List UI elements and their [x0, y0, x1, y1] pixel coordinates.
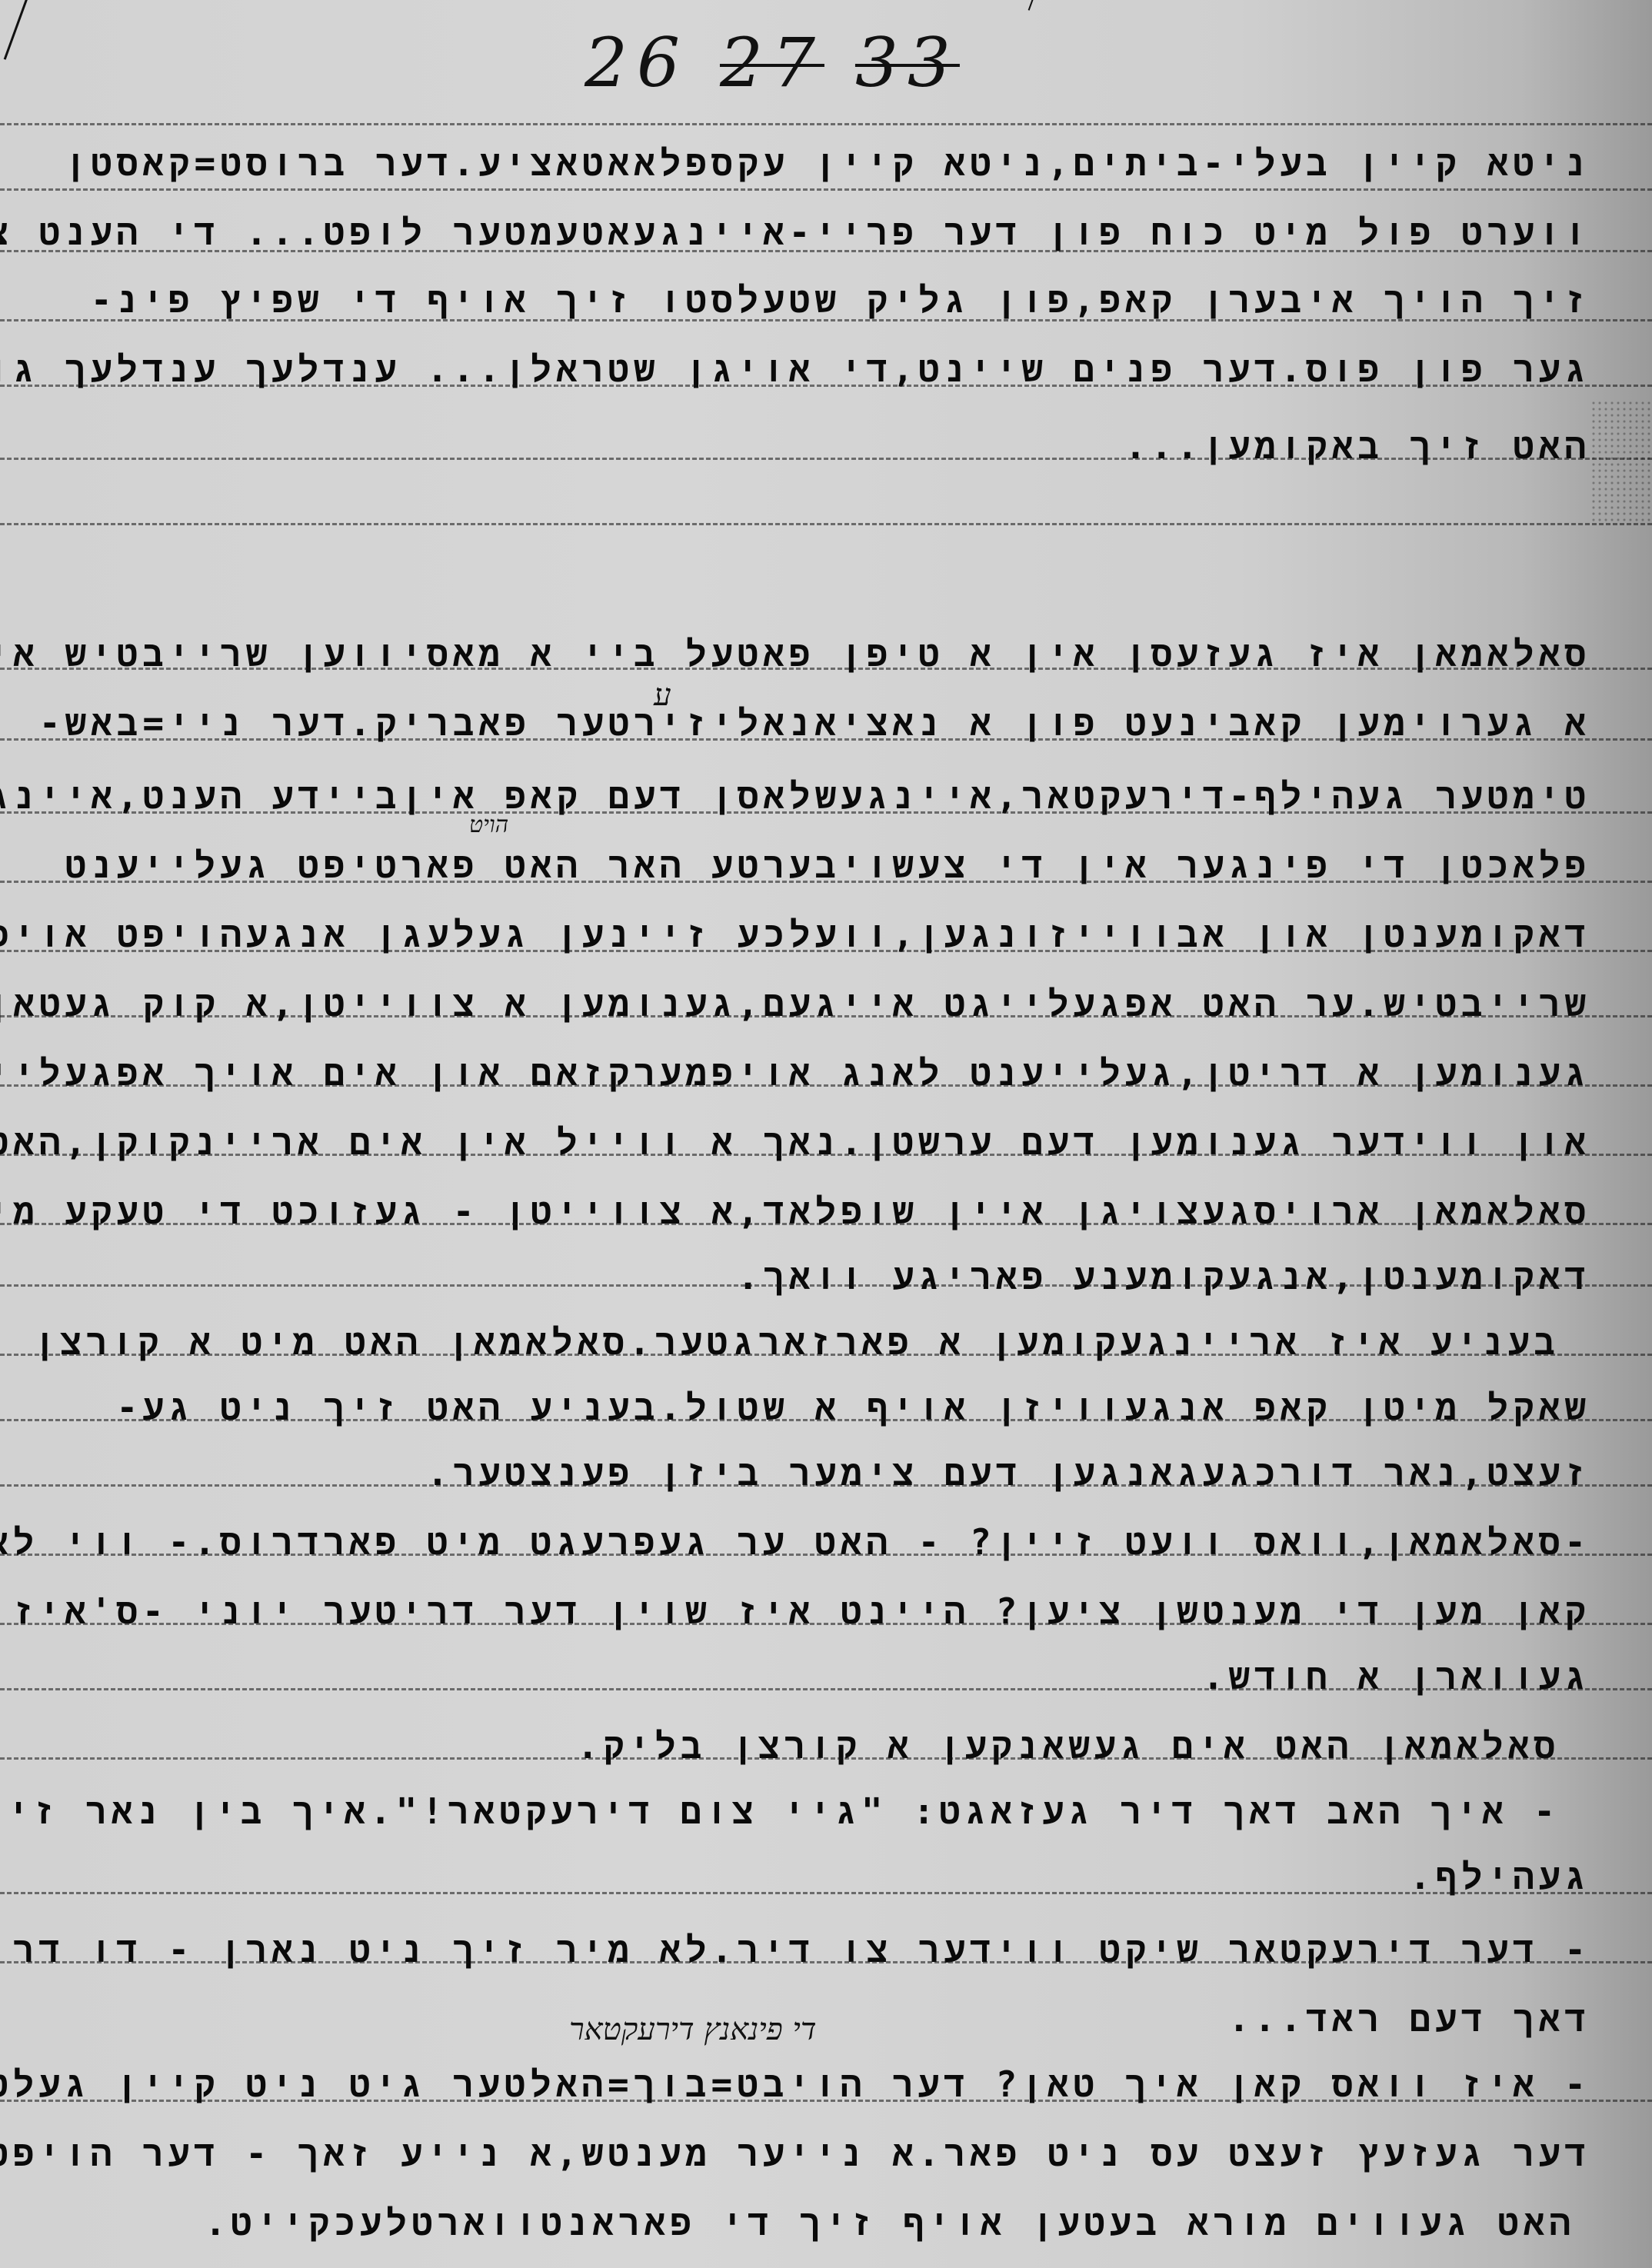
- text-line: זעצט,נאר דורכגעגאנגען דעם צימער ביזן פענ…: [427, 1450, 1590, 1496]
- text-line: סאלאמאן איז געזעסן אין א טיפן פאטעל ביי …: [0, 631, 1590, 677]
- ruled-line: [0, 738, 1652, 741]
- text-line: - דער דירעקטאר שיקט ווידער צו דיר.לא מיר…: [0, 1927, 1590, 1973]
- ruled-line: [0, 1284, 1652, 1287]
- pen-scribble: [1590, 400, 1652, 523]
- ruled-line: [0, 1623, 1652, 1625]
- text-line: זיך הויך איבערן קאפ,פון גליק שטעלסטו זיך…: [91, 277, 1590, 323]
- text-line: ניטא קיין בעלי-ביתים,ניטא קיין עקספלאאטא…: [65, 140, 1590, 186]
- ruled-line: [0, 668, 1652, 670]
- ruled-line: [0, 1757, 1652, 1760]
- ruled-line: [0, 523, 1652, 525]
- page-number-struck: 33: [855, 23, 960, 102]
- text-line: סאלאמאן ארויסגעצויגן איין שופלאד,א צוויי…: [0, 1188, 1590, 1234]
- ruled-line: [0, 1419, 1652, 1421]
- page-number: 26 27 33: [585, 23, 960, 102]
- text-line: געווארן א חודש.: [1203, 1654, 1590, 1700]
- ruled-line: [0, 950, 1652, 952]
- ruled-line: [0, 1688, 1652, 1690]
- ruled-line: [0, 188, 1652, 191]
- ruled-line: [0, 1223, 1652, 1225]
- ruled-line: [0, 1961, 1652, 1963]
- text-line: און ווידער גענומען דעם ערשטן.נאך א ווייל…: [0, 1119, 1590, 1165]
- text-line: האט געווים מורא בעטען אויף זיך די פאראנט…: [205, 2200, 1575, 2246]
- ruled-line: [0, 319, 1652, 321]
- ruled-line: [0, 458, 1652, 460]
- ruled-line: [0, 385, 1652, 387]
- page-number-current: 26: [585, 23, 689, 102]
- ruled-line: [0, 811, 1652, 814]
- margin-pen-stroke: [4, 0, 30, 60]
- ruled-line: [0, 1015, 1652, 1017]
- ruled-line: [0, 123, 1652, 125]
- text-line: דאקומענטן,אנגעקומענע פאריגע וואך.: [738, 1254, 1590, 1300]
- typewritten-page: 26 27 33 ניטא קיין בעלי-ביתים,ניטא קיין …: [0, 0, 1652, 2268]
- text-line: האט זיך באקומען...: [1125, 423, 1590, 469]
- text-line: -סאלאמאן,וואס וועט זיין? - האט ער געפרעג…: [0, 1519, 1590, 1565]
- ruled-line: [0, 1484, 1652, 1487]
- ruled-line: [0, 1554, 1652, 1556]
- ruled-line: [0, 1084, 1652, 1087]
- ruled-line: [0, 881, 1652, 883]
- text-line: סאלאמאן האט אים געשאנקען א קורצן בליק.: [577, 1723, 1560, 1769]
- ruled-line: [0, 250, 1652, 252]
- ruled-line: [0, 2100, 1652, 2102]
- margin-pen-stroke: [1028, 0, 1035, 11]
- text-line: שרייבטיש.ער האט אפגעלייגט אייגעם,גענומען…: [0, 981, 1590, 1027]
- text-line: דאך דעם ראד...: [1228, 1996, 1590, 2042]
- handwritten-annotation: הויט: [469, 811, 508, 838]
- text-line: בעניע איז אריינגעקומען א פארזארגטער.סאלא…: [35, 1319, 1560, 1365]
- text-line: - איך האב דאך דיר געזאגט: "גיי צום דירעק…: [0, 1788, 1560, 1834]
- text-line: שאקל מיטן קאפ אנגעוויזן אויף א שטול.בעני…: [116, 1384, 1590, 1430]
- text-line: דער געזעץ זעצט עס ניט פאר.א נייער מענטש,…: [0, 2130, 1590, 2176]
- ruled-line: [0, 1154, 1652, 1156]
- ruled-line: [0, 1892, 1652, 1894]
- text-line: ווערט פול מיט כוח פון דער פריי-איינגעאטע…: [0, 209, 1590, 255]
- page-number-struck: 27: [720, 23, 824, 102]
- handwritten-annotation: די פינאנץ דירעקטאר: [569, 2011, 817, 2047]
- text-line: קאן מען די מענטשן ציען? היינט איז שוין ד…: [0, 1588, 1590, 1634]
- ruled-line: [0, 1354, 1652, 1356]
- text-line: גענומען א דריטן,געלייענט לאנג אויפמערקזא…: [0, 1050, 1590, 1096]
